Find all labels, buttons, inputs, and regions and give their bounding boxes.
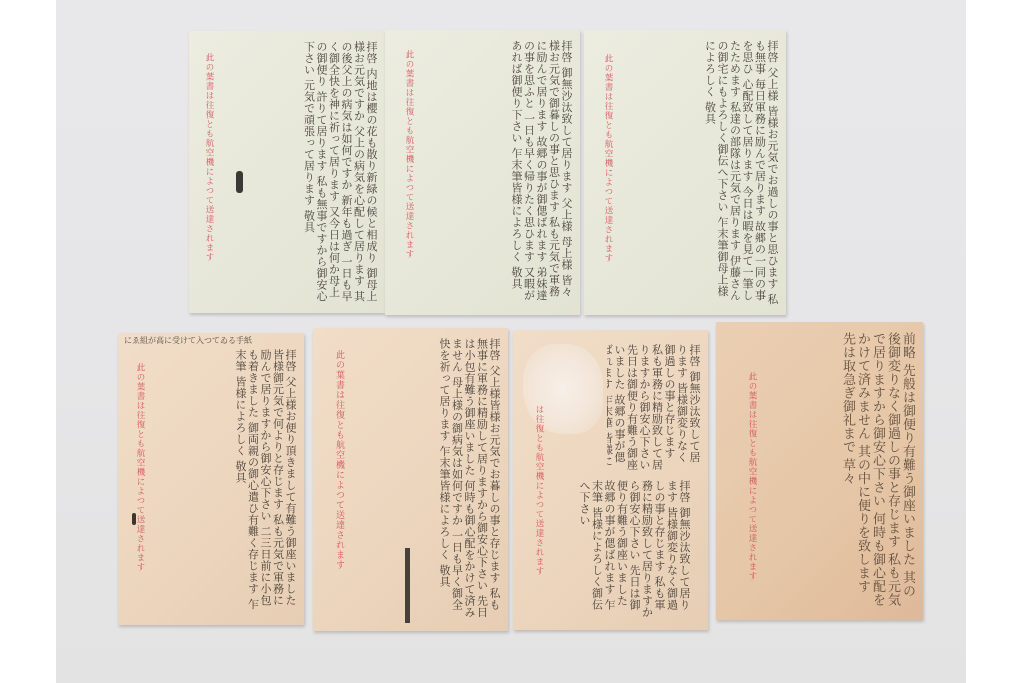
airmail-notice: 此の葉書は往復とも航空機によつて送達されます [333, 350, 346, 570]
airmail-notice: 此の葉書は往復とも航空機によつて送達されます [746, 372, 758, 581]
airmail-notice: 此の葉書は往復とも航空機によつて送達されます [602, 54, 614, 263]
postcard-bottom-2: 拝啓 父上様皆様お元気でお暮しの事と存じます 私も無事に軍務に精励して居りますか… [313, 328, 508, 631]
airmail-notice: 此の葉書は往復とも航空機によつて送達されます [134, 363, 146, 572]
handwritten-text: 拝啓 父上様皆様お元気でお暮しの事と存じます 私も無事に軍務に精励して居りますか… [351, 338, 500, 621]
airmail-notice: 此の葉書は往復とも航空機によつて送達されます [203, 53, 215, 262]
handwritten-text-lower: 拝啓 御無沙汰致して居ります 皆様御変りなく御過しの事と存じます 私も軍務に精励… [553, 480, 690, 620]
postcard-bottom-3: 拝啓 御無沙汰致して居ります 皆様御変りなく御過しの事と存じます 私も軍務に精励… [513, 330, 708, 630]
postcard-top-right: 拝啓 父上様 皆様お元気でお過しの事と思ひます 私も無事 毎日軍務に励んで居りま… [584, 30, 786, 315]
handwritten-text: 拝啓 御無沙汰致して居ります 皆様御変りなく御過しの事と存じます 私も軍務に精励… [607, 344, 700, 474]
ink-blot [132, 513, 136, 525]
top-handwritten-strip: にゑ組が高に受けて入つてゐる手紙 [124, 336, 298, 346]
handwritten-text: 拝啓 父上様お便り頂きまして有難う御座いました 皆様御元気で何よりと存じます 私… [154, 349, 296, 615]
handwritten-text: 拝啓 御無沙汰致して居ります 父上様 母上様 皆々様お元気で御暮しの事と思ひます… [421, 40, 572, 305]
postcard-bottom-4: 前略 先般は御便り有難う御座いました 其の後御変りなく御過しの事と存じます 私も… [716, 322, 923, 620]
postcard-top-left: 拝啓 内地は櫻の花も散り新緑の候と相成り 御母上様お元気ですか 父上の病気を心配… [189, 31, 385, 313]
postcard-top-middle: 拝啓 御無沙汰致して居ります 父上様 母上様 皆々様お元気で御暮しの事と思ひます… [385, 30, 580, 315]
handwritten-text: 前略 先般は御便り有難う御座いました 其の後御変りなく御過しの事と存じます 私も… [750, 332, 915, 610]
ink-stroke [405, 548, 410, 623]
handwritten-text: 拝啓 父上様 皆様お元気でお過しの事と思ひます 私も無事 毎日軍務に励んで居りま… [624, 40, 778, 305]
airmail-notice: は往復とも航空機によつて送達されます [533, 405, 545, 576]
handwritten-text: 拝啓 内地は櫻の花も散り新緑の候と相成り 御母上様お元気ですか 父上の病気を心配… [223, 41, 377, 303]
postcard-bottom-1: にゑ組が高に受けて入つてゐる手紙 拝啓 父上様お便り頂きまして有難う御座いました… [118, 333, 304, 625]
airmail-notice: 此の葉書は往復とも航空機によつて送達されます [403, 50, 415, 259]
ink-blot [236, 171, 243, 193]
